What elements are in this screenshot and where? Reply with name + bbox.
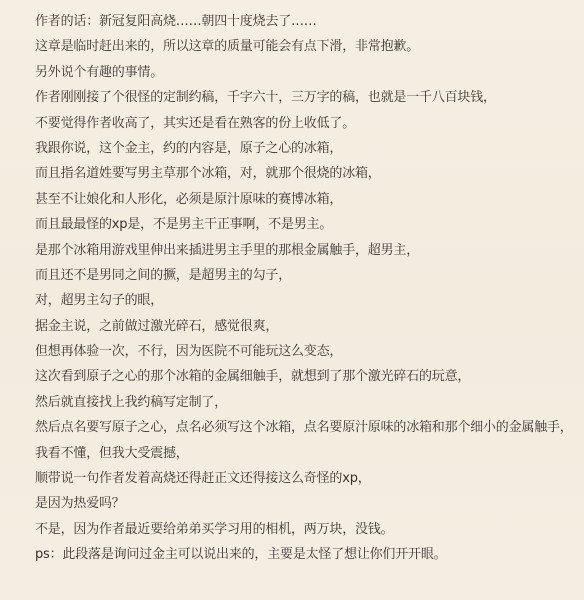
note-line-11: 而且还不是男同之间的撅，是超男主的勾子， bbox=[35, 263, 584, 288]
author-note: 作者的话：新冠复阳高烧……朝四十度烧去了…… 这章是临时赶出来的，所以这章的质量… bbox=[35, 9, 584, 568]
note-line-13: 据金主说，之前做过激光碎石，感觉很爽， bbox=[35, 314, 584, 339]
note-line-3: 另外说个有趣的事情。 bbox=[35, 60, 584, 85]
note-line-19: 顺带说一句作者发着高烧还得赶正文还得接这么奇怪的xp， bbox=[35, 466, 584, 491]
note-line-7: 而且指名道姓要写男主草那个冰箱，对，就那个很烧的冰箱， bbox=[35, 161, 584, 186]
note-line-5: 不要觉得作者收高了，其实还是看在熟客的份上收低了。 bbox=[35, 111, 584, 136]
note-line-4: 作者刚刚接了个很怪的定制约稿，千字六十，三万字的稿，也就是一千八百块钱， bbox=[35, 85, 584, 110]
note-line-22: ps：此段落是询问过金主可以说出来的，主要是太怪了想让你们开开眼。 bbox=[35, 542, 584, 567]
note-line-2: 这章是临时赶出来的，所以这章的质量可能会有点下滑，非常抱歉。 bbox=[35, 34, 584, 59]
author-note-page: 作者的话：新冠复阳高烧……朝四十度烧去了…… 这章是临时赶出来的，所以这章的质量… bbox=[0, 0, 584, 600]
note-line-9: 而且最最怪的xp是，不是男主干正事啊，不是男主。 bbox=[35, 212, 584, 237]
note-line-8: 甚至不让娘化和人形化，必须是原汁原味的赛博冰箱， bbox=[35, 187, 584, 212]
note-line-12: 对，超男主勾子的眼， bbox=[35, 288, 584, 313]
note-line-21: 不是，因为作者最近要给弟弟买学习用的相机，两万块，没钱。 bbox=[35, 517, 584, 542]
note-line-17: 然后点名要写原子之心，点名必须写这个冰箱，点名要原汁原味的冰箱和那个细小的金属触… bbox=[35, 415, 584, 440]
note-line-1: 作者的话：新冠复阳高烧……朝四十度烧去了…… bbox=[35, 9, 584, 34]
note-line-18: 我看不懂，但我大受震撼， bbox=[35, 441, 584, 466]
note-line-14: 但想再体验一次，不行，因为医院不可能玩这么变态， bbox=[35, 339, 584, 364]
note-line-15: 这次看到原子之心的那个冰箱的金属细触手，就想到了那个激光碎石的玩意， bbox=[35, 364, 584, 389]
note-line-20: 是因为热爱吗？ bbox=[35, 491, 584, 516]
note-line-10: 是那个冰箱用游戏里伸出来插进男主手里的那根金属触手，超男主， bbox=[35, 238, 584, 263]
note-line-6: 我跟你说，这个金主，约的内容是，原子之心的冰箱， bbox=[35, 136, 584, 161]
note-line-16: 然后就直接找上我约稿写定制了， bbox=[35, 390, 584, 415]
